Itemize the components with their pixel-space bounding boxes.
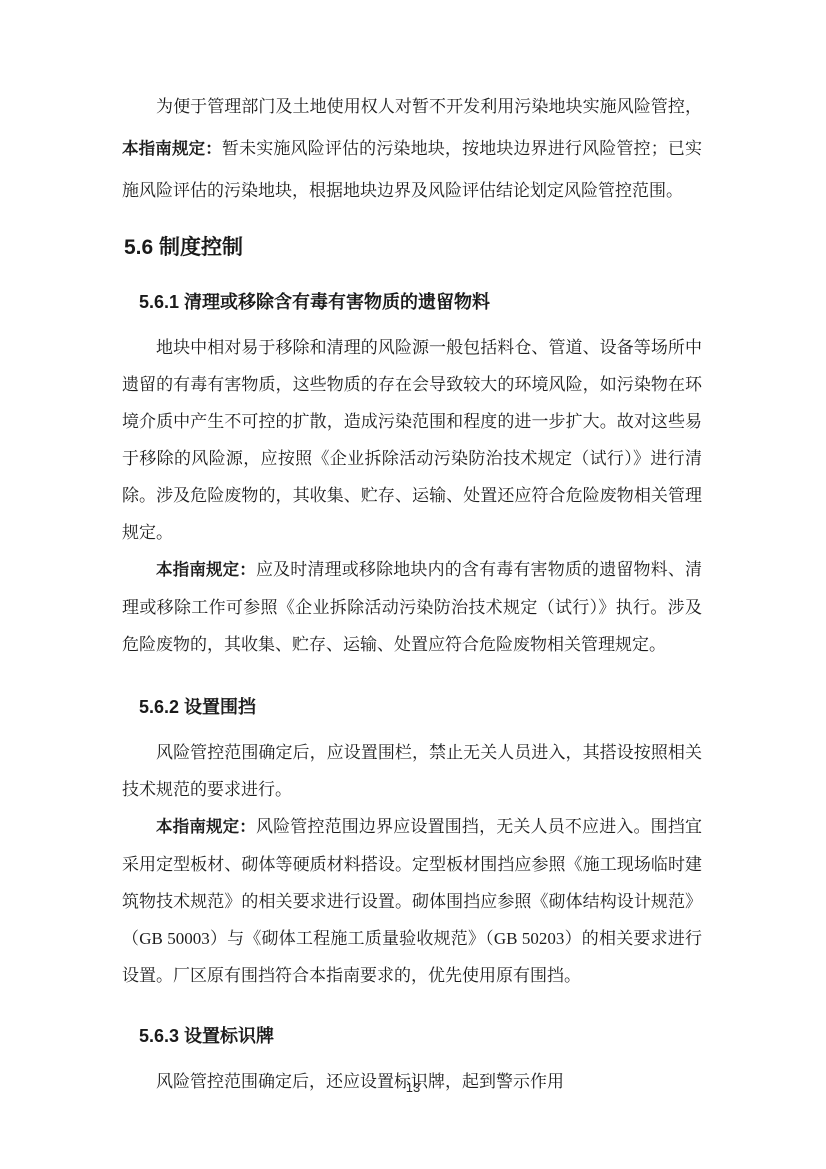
document-content: 为便于管理部门及土地使用权人对暂不开发利用污染地块实施风险管控，本指南规定：暂未… [122, 86, 702, 1100]
paragraph-5-6-1-rule: 本指南规定：应及时清理或移除地块内的含有毒有害物质的遗留物料、清理或移除工作可参… [122, 551, 702, 663]
paragraph-5-6-1-body: 地块中相对易于移除和清理的风险源一般包括料仓、管道、设备等场所中遗留的有毒有害物… [122, 329, 702, 551]
page-number: 13 [0, 1080, 826, 1095]
document-page: 为便于管理部门及土地使用权人对暂不开发利用污染地块实施风险管控，本指南规定：暂未… [0, 0, 826, 1169]
paragraph-5-6-2-rule-bold-lead: 本指南规定： [156, 818, 256, 836]
paragraph-5-6-2-rule-text: 风险管控范围边界应设置围挡，无关人员不应进入。围挡宜采用定型板材、砌体等硬质材料… [122, 817, 702, 985]
paragraph-5-6-2-body: 风险管控范围确定后，应设置围栏，禁止无关人员进入，其搭设按照相关技术规范的要求进… [122, 734, 702, 808]
paragraph-intro-pre: 为便于管理部门及土地使用权人对暂不开发利用污染地块实施风险管控， [156, 97, 702, 116]
section-heading-5-6: 5.6 制度控制 [124, 234, 702, 262]
paragraph-5-6-1-rule-bold-lead: 本指南规定： [156, 561, 256, 579]
paragraph-intro: 为便于管理部门及土地使用权人对暂不开发利用污染地块实施风险管控，本指南规定：暂未… [122, 86, 702, 212]
section-heading-5-6-2: 5.6.2 设置围挡 [139, 695, 702, 720]
section-heading-5-6-1: 5.6.1 清理或移除含有毒有害物质的遗留物料 [139, 290, 702, 315]
section-heading-5-6-3: 5.6.3 设置标识牌 [139, 1024, 702, 1049]
paragraph-5-6-2-rule: 本指南规定：风险管控范围边界应设置围挡，无关人员不应进入。围挡宜采用定型板材、砌… [122, 808, 702, 994]
paragraph-intro-bold-lead: 本指南规定： [122, 140, 222, 158]
